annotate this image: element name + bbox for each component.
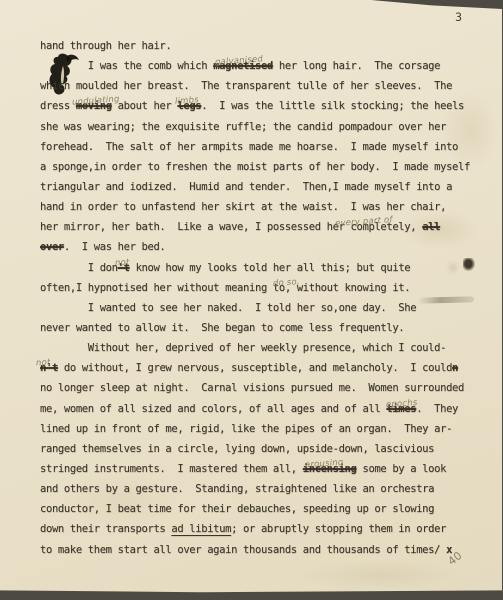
typed-text: to make them start all over again thousa… [40, 544, 446, 556]
typed-text: . They [416, 403, 458, 415]
typed-text: . I was the little silk stocking; the he… [201, 100, 464, 112]
typed-line: n'tnot do without, I grew nervous, susce… [40, 358, 492, 378]
typed-text: Without her, deprived of her weekly pres… [40, 342, 446, 354]
struck-word: n'tnot [40, 362, 58, 374]
typed-text: dress [40, 100, 76, 112]
typed-line: down their transports ad libitum; or abr… [40, 519, 492, 539]
struck-word: legslimbs [177, 100, 201, 112]
pencil-annotation: epochs [386, 392, 419, 414]
typed-text: . I was her bed. [64, 241, 166, 253]
typed-line: over. I was her bed. [40, 237, 492, 257]
typed-text: forehead. The salt of her armpits made m… [40, 141, 458, 153]
typed-line: triangular and iodized. Humid and tender… [40, 177, 492, 197]
struck-word: movingundulating [76, 100, 112, 112]
typed-text: often,I hypnotised her without meaning [40, 282, 273, 294]
struck-word: 'tnot [118, 262, 130, 274]
typed-text: down their transports [40, 523, 171, 535]
pencil-annotation: arousing [304, 453, 344, 476]
typed-text: to,do so, [273, 282, 291, 294]
struck-word: incensingarousing [303, 463, 357, 475]
struck-word: n [452, 362, 458, 374]
typed-text: her long hair. The corsage [273, 60, 440, 72]
typed-text: some by a look [357, 463, 447, 475]
pencil-annotation: not [35, 353, 51, 374]
typed-text: about her [112, 100, 178, 112]
page-number: 3 [455, 10, 462, 24]
typed-text: without knowing it. [291, 282, 410, 294]
pencil-annotation: limbs [175, 91, 200, 113]
typed-line: lined up in front of me, rigid, like the… [40, 419, 492, 439]
typed-text: I was the comb which [40, 60, 213, 72]
typed-line: I was the comb which magnetisedgalvanise… [40, 56, 492, 76]
struck-word: magnetisedgalvanised [213, 60, 273, 72]
typed-line: often,I hypnotised her without meaning t… [40, 278, 492, 298]
typed-text: and others by a gesture. Standing, strai… [40, 483, 434, 495]
typed-text: her mirror, her bath. Like a wave, I pos… [40, 221, 327, 233]
typed-text: a sponge,in order to freshen the moist p… [40, 161, 470, 173]
typed-line: me, women of all sized and colors, of al… [40, 399, 492, 419]
pencil-annotation: not [114, 252, 130, 273]
typed-text: I don [40, 262, 118, 274]
typed-text: hand through her hair. [40, 40, 171, 52]
typed-line: conductor, I beat time for their debauch… [40, 499, 492, 519]
photograph-frame: { "page": { "number": "3", "corner_note"… [0, 0, 503, 600]
struck-word: over [40, 241, 64, 253]
ink-smudge [463, 258, 475, 271]
typed-text: no longer sleep at night. Carnal visions… [40, 382, 464, 394]
typed-text: triangular and iodized. Humid and tender… [40, 181, 452, 193]
struck-word: all [422, 221, 440, 233]
typed-text: lined up in front of me, rigid, like the… [40, 423, 452, 435]
typed-line: no longer sleep at night. Carnal visions… [40, 378, 492, 398]
typed-line: her mirror, her bath. Like a wave, I pos… [40, 217, 492, 237]
typed-line: stringed instruments. I mastered them al… [40, 459, 492, 479]
struck-word: timesepochs [386, 403, 416, 415]
typed-text: stringed instruments. I mastered them al… [40, 463, 303, 475]
typed-line: forehead. The salt of her armpits made m… [40, 137, 492, 157]
underlined-phrase: ad libitum [171, 523, 231, 535]
typed-line: never wanted to allow it. She began to c… [40, 318, 492, 338]
typed-line: Without her, deprived of her weekly pres… [40, 338, 492, 358]
typed-text: she was wearing; the exquisite ruffle; t… [40, 121, 446, 133]
typed-text: I wanted to see her naked. I told her so… [40, 302, 416, 314]
typed-line: I don'tnot know how my looks told her al… [40, 258, 492, 278]
typed-line: hand in order to unfastend her skirt at … [40, 197, 492, 217]
typed-line: dress movingundulating about her legslim… [40, 96, 492, 116]
typed-text: know how my looks told her all this; but… [130, 262, 411, 274]
typed-text: do without, I grew nervous, susceptible,… [58, 362, 452, 374]
typed-line: ranged themselves in a circle, lying dow… [40, 439, 492, 459]
typed-line: and others by a gesture. Standing, strai… [40, 479, 492, 499]
typed-text: ; or abruptly stopping them in order [231, 523, 446, 535]
typed-line: she was wearing; the exquisite ruffle; t… [40, 117, 492, 137]
typed-text: never wanted to allow it. She began to c… [40, 322, 404, 334]
pencil-annotation: galvanised [215, 49, 264, 72]
manuscript-page: 3 hand through her hair. I was the comb … [0, 0, 502, 600]
pencil-annotation: every part of [334, 210, 393, 234]
typed-line: hand through her hair. [40, 36, 492, 56]
typed-text: her completely, every part of [327, 221, 423, 233]
typed-text: conductor, I beat time for their debauch… [40, 503, 434, 515]
typed-text: me, women of all sized and colors, of al… [40, 403, 386, 415]
typed-line: to make them start all over again thousa… [40, 540, 492, 560]
typed-line: a sponge,in order to freshen the moist p… [40, 157, 492, 177]
paper-stain [300, 560, 460, 590]
typed-text: ranged themselves in a circle, lying dow… [40, 443, 434, 455]
